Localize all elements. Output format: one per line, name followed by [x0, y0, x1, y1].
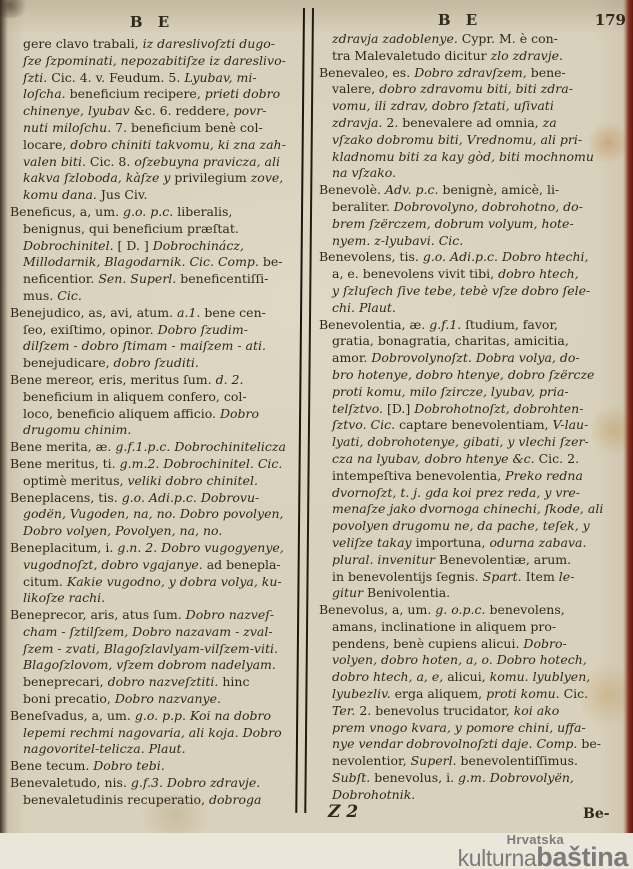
text-line: Beneplacitum, i. g.n. 2. Dobro vugogyeny…	[10, 540, 305, 557]
text-line: vomu, ili zdrav, dobro ſztati, uſivati	[319, 98, 623, 115]
text-line: Dobrochinitel. [ D. ] Dobrochinácz,	[10, 238, 305, 255]
text-line: pendens, benè cupiens alicui. Dobro-	[319, 636, 623, 653]
text-line: Beneplacens, tis. g.o. Adi.p.c. Dobrovu-	[10, 490, 305, 507]
text-line: cza na lyubav, dobro htenye &c. Cic. 2.	[319, 451, 623, 468]
text-line: na vſzako.	[319, 165, 623, 182]
text-line: gere clavo trabali, iz dareslivoſzti dug…	[10, 36, 305, 53]
text-line: nye vendar dobrovolnoſzti daje. Comp. be…	[319, 736, 623, 753]
text-line: gitur Benivolentia.	[319, 585, 623, 602]
text-line: locare, dobro chiniti takvomu, ki zna za…	[10, 137, 305, 154]
text-line: Benevaletudo, nis. g.f.3. Dobro zdravje.	[10, 775, 305, 792]
text-line: Blagoſzlovom, vſzem dobrom nadelyam.	[10, 657, 305, 674]
watermark-bastina: baština	[536, 846, 628, 868]
text-line: Beneſvadus, a, um. g.o. p.p. Koi na dobr…	[10, 708, 305, 725]
text-line: dvornoſzt, t. j. gda koi prez reda, y vr…	[319, 485, 623, 502]
running-title-right: B E	[420, 11, 500, 29]
text-line: ſzem - zvati, Blagoſzlavlyam-vilſzem-vit…	[10, 641, 305, 658]
text-line: loſcha. beneficium recipere, prieti dobr…	[10, 86, 305, 103]
text-line: intempeſtiva benevolentia, Preko redna	[319, 468, 623, 485]
text-line: ſze ſzpominati, nepozabitiſze iz daresli…	[10, 53, 305, 70]
text-line: dobro htech, a, e, alicui, komu. lyublye…	[319, 669, 623, 686]
text-line: Subſt. benevolus, i. g.m. Dobrovolyën,	[319, 770, 623, 787]
text-line: beneprecari, dobro nazveſztiti. hinc	[10, 674, 305, 691]
text-line: amor. Dobrovolynoſzt. Dobra volya, do-	[319, 350, 623, 367]
text-line: dilſzem - dobro ſtimam - maiſzem - ati.	[10, 338, 305, 355]
text-line: Benevaleo, es. Dobro zdravſzem, bene-	[319, 65, 623, 82]
scan-edge-left	[0, 0, 8, 833]
watermark: Hrvatska kulturna baština	[458, 834, 628, 869]
text-line: vſzako dobromu biti, Vrednomu, ali pri-	[319, 132, 623, 149]
text-line: beneficium in aliquem confero, col-	[10, 389, 305, 406]
text-line: neficentior. Sen. Superl. beneficentiſſi…	[10, 271, 305, 288]
text-line: prem vnogo kvara, y pomore chini, uffa-	[319, 720, 623, 737]
text-line: lyubezliv. erga aliquem, proti komu. Cic…	[319, 686, 623, 703]
text-line: a, e. benevolens vivit tibi, dobro htech…	[319, 266, 623, 283]
text-line: valere, dobro zdravomu biti, biti zdra-	[319, 81, 623, 98]
text-line: komu dana. Jus Civ.	[10, 187, 305, 204]
text-line: volyen, dobro hoten, a, o. Dobro hotech,	[319, 652, 623, 669]
text-line: lepemi rechmi nagovaria, ali koja. Dobro	[10, 725, 305, 742]
right-column: zdravja zadoblenye. Cypr. M. è con-tra M…	[319, 31, 623, 807]
text-line: Dobrohotnik.	[319, 787, 623, 804]
left-column: gere clavo trabali, iz dareslivoſzti dug…	[10, 36, 305, 812]
text-line: citum. Kakie vugodno, y dobra volya, ku-	[10, 574, 305, 591]
text-line: ſztvo. Cic. captare benevolentiam, V-lau…	[319, 417, 623, 434]
text-line: nyem. z-lyubavi. Cic.	[319, 233, 623, 250]
text-line: gratia, bonagratia, charitas, amicitia,	[319, 333, 623, 350]
text-line: beraliter. Dobrovolyno, dobrohotno, do-	[319, 199, 623, 216]
text-line: nagovoritel-telicza. Plaut.	[10, 741, 305, 758]
scan-edge-right	[623, 0, 633, 833]
text-line: Benevolus, a, um. g. o.p.c. benevolens,	[319, 602, 623, 619]
text-line: nuti miloſchu. 7. beneficium benè col-	[10, 120, 305, 137]
text-line: proti komu, milo ſzircze, lyubav, pria-	[319, 384, 623, 401]
catchword: Be-	[583, 806, 610, 822]
text-line: vugodnoſzt, dobro vgajanye. ad benepla-	[10, 557, 305, 574]
text-line: valen biti. Cic. 8. oſzebuyna pravicza, …	[10, 154, 305, 171]
text-line: Beneprecor, aris, atus ſum. Dobro nazveſ…	[10, 607, 305, 624]
text-line: Millodarnik, Blagodarnik. Cic. Comp. be-	[10, 254, 305, 271]
text-line: benignus, qui beneficium præſtat.	[10, 221, 305, 238]
text-line: mus. Cic.	[10, 288, 305, 305]
text-line: Benevolens, tis. g.o. Adi.p.c. Dobro hte…	[319, 249, 623, 266]
text-line: kakva ſzloboda, kàſze y privilegium zove…	[10, 170, 305, 187]
text-line: drugomu chinim.	[10, 422, 305, 439]
text-line: Ter. 2. benevolus trucidator, koi ako	[319, 703, 623, 720]
text-line: brem ſzërczem, dobrum volyum, hote-	[319, 216, 623, 233]
text-line: tra Malevaletudo dicitur zlo zdravje.	[319, 48, 623, 65]
text-line: benevaletudinis recuperatio, dobroga	[10, 792, 305, 809]
watermark-kulturna: kulturna	[458, 847, 537, 869]
text-line: ſeo, exiſtimo, opinor. Dobro ſzudim-	[10, 322, 305, 339]
text-line: in benevolentijs ſegnis. Spart. Item le-	[319, 569, 623, 586]
text-line: Beneficus, a, um. g.o. p.c. liberalis,	[10, 204, 305, 221]
text-line: Bene mereor, eris, meritus ſum. d. 2.	[10, 372, 305, 389]
text-line: Bene merita, æ. g.f.1.p.c. Dobrochinitel…	[10, 439, 305, 456]
text-line: Benevolentia, æ. g.f.1. ſtudium, favor,	[319, 317, 623, 334]
running-title-left: B E	[112, 13, 192, 31]
watermark-line2: kulturna baština	[458, 846, 628, 869]
text-line: Bene tecum. Dobro tebi.	[10, 758, 305, 775]
text-line: benejudicare, dobro ſzuditi.	[10, 355, 305, 372]
page-number: 179	[580, 11, 626, 29]
signature-mark: Z 2	[328, 802, 358, 822]
text-line: zdravja. 2. benevalere ad omnia, za	[319, 115, 623, 132]
text-line: godën, Vugoden, na, no. Dobro povolyen,	[10, 506, 305, 523]
text-line: kladnomu biti za kay gòd, biti mochnomu	[319, 149, 623, 166]
text-line: plural. invenitur Benevolentiæ, arum.	[319, 552, 623, 569]
text-line: loco, beneficio aliquem afficio. Dobro	[10, 406, 305, 423]
text-line: bro hotenye, dobro htenye, dobro ſzërcze	[319, 367, 623, 384]
text-line: menaſze jako dvornoga chinechi, ſkode, a…	[319, 501, 623, 518]
text-line: lyati, dobrohotenye, gibati, y vlechi ſz…	[319, 434, 623, 451]
text-line: chi. Plaut.	[319, 300, 623, 317]
text-line: Benevolè. Adv. p.c. benignè, amicè, li-	[319, 182, 623, 199]
page-scan: B E B E 179 gere clavo trabali, iz dares…	[0, 0, 633, 869]
text-line: Dobro volyen, Povolyen, na, no.	[10, 523, 305, 540]
text-line: y ſzluſech ſive tebe, tebè vſze dobro ſe…	[319, 283, 623, 300]
text-line: ſzti. Cic. 4. v. Feudum. 5. Lyubav, mi-	[10, 70, 305, 87]
text-line: Benejudico, as, avi, atum. a.1. bene cen…	[10, 305, 305, 322]
text-line: telſztvo. [D.] Dobrohotnoſzt, dobrohten-	[319, 401, 623, 418]
text-line: povolyen drugomu ne, da pache, teſek, y	[319, 518, 623, 535]
text-line: veliſze takay importuna, odurna zabava.	[319, 535, 623, 552]
text-line: Bene meritus, ti. g.m.2. Dobrochinitel. …	[10, 456, 305, 473]
text-line: boni precatio, Dobro nazvanye.	[10, 691, 305, 708]
text-line: nevolentior, Superl. benevolentiſſimus.	[319, 753, 623, 770]
text-line: zdravja zadoblenye. Cypr. M. è con-	[319, 31, 623, 48]
text-line: cham - ſztilſzem, Dobro nazavam - zval-	[10, 624, 305, 641]
text-line: likoſze rachi.	[10, 590, 305, 607]
text-line: amans, inclinatione in aliquem pro-	[319, 619, 623, 636]
text-line: chinenye, lyubav &c. 6. reddere, povr-	[10, 103, 305, 120]
text-line: optimè meritus, veliki dobro chinitel.	[10, 473, 305, 490]
